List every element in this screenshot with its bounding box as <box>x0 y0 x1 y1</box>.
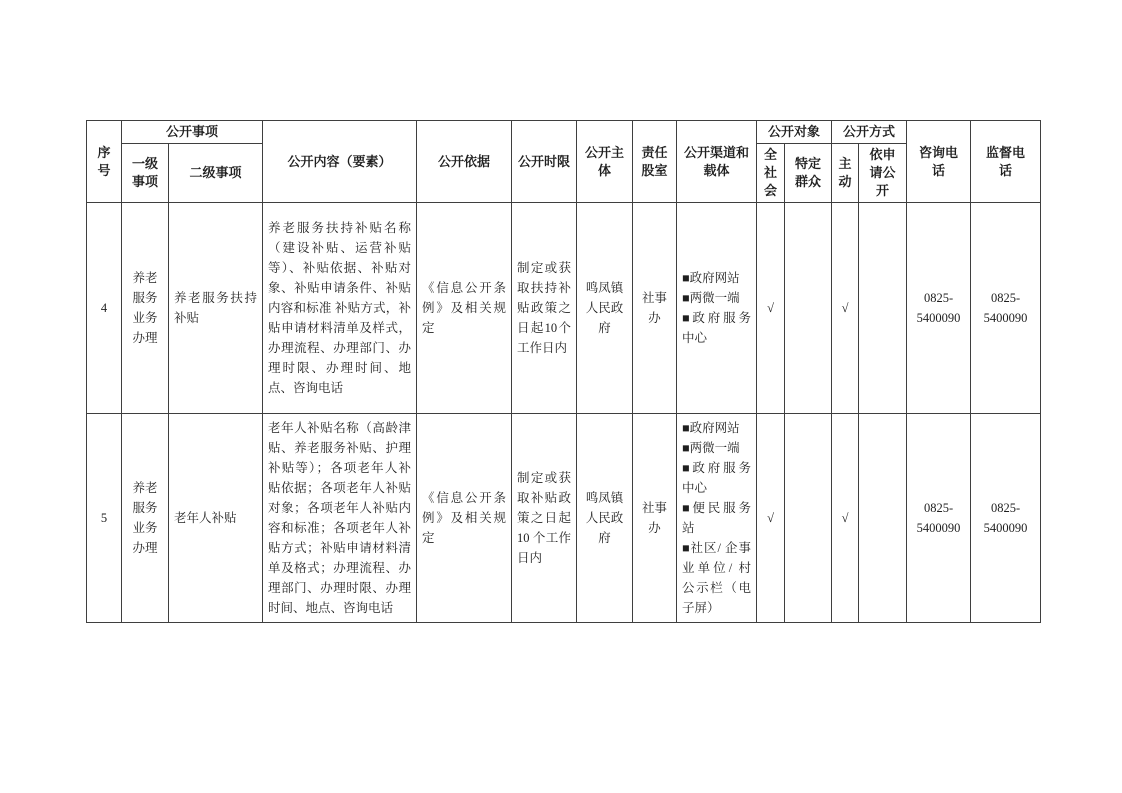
cell-seq: 4 <box>87 203 122 414</box>
cell-proactive-check: √ <box>832 203 859 414</box>
header-consult-phone: 咨询电话 <box>907 121 971 203</box>
cell-disclosure-subject: 鸣凤镇人民政府 <box>577 203 633 414</box>
header-subject: 公开主体 <box>577 121 633 203</box>
cell-disclosure-content: 养老服务扶持补贴名称（建设补贴、运营补贴等）、补贴依据、补贴对象、补贴申请条件、… <box>263 203 417 414</box>
table-row-item-4: 4 养老服务业务办理 养老服务扶持补贴 养老服务扶持补贴名称（建设补贴、运营补贴… <box>87 203 1041 414</box>
cell-level2-item: 老年人补贴 <box>169 414 263 623</box>
cell-time-limit: 制定或获取扶持补贴政策之日起10个工作日内 <box>512 203 577 414</box>
cell-time-limit: 制定或获取补贴政策之日起10 个工作日内 <box>512 414 577 623</box>
cell-channels: ■政府网站 ■两微一端 ■政府服务中心 ■便民服务站 ■社区/ 企事业单位/ 村… <box>677 414 757 623</box>
cell-consult-phone: 0825-5400090 <box>907 203 971 414</box>
header-channels: 公开渠道和载体 <box>677 121 757 203</box>
header-specific-group: 特定群众 <box>785 144 832 203</box>
cell-disclosure-basis: 《信息公开条例》及相关规定 <box>417 414 512 623</box>
cell-disclosure-subject: 鸣凤镇人民政府 <box>577 414 633 623</box>
header-seq: 序号 <box>87 121 122 203</box>
cell-responsible-office: 社事办 <box>633 414 677 623</box>
document-page: 序号 公开事项 公开内容（要素） 公开依据 公开时限 公开主体 责任股室 公开渠… <box>0 0 1122 793</box>
header-level2-item: 二级事项 <box>169 144 263 203</box>
header-supervise-phone: 监督电话 <box>971 121 1041 203</box>
header-responsible-office: 责任股室 <box>633 121 677 203</box>
header-basis: 公开依据 <box>417 121 512 203</box>
cell-all-society-check: √ <box>757 203 785 414</box>
cell-supervise-phone: 0825-5400090 <box>971 414 1041 623</box>
cell-level1-item: 养老服务业务办理 <box>122 203 169 414</box>
cell-specific-group-check <box>785 414 832 623</box>
cell-seq: 5 <box>87 414 122 623</box>
cell-channels: ■政府网站 ■两微一端 ■政府服务中心 <box>677 203 757 414</box>
cell-proactive-check: √ <box>832 414 859 623</box>
header-time-limit: 公开时限 <box>512 121 577 203</box>
table-row-item-5: 5 养老服务业务办理 老年人补贴 老年人补贴名称（高龄津贴、养老服务补贴、护理补… <box>87 414 1041 623</box>
cell-responsible-office: 社事办 <box>633 203 677 414</box>
cell-disclosure-content: 老年人补贴名称（高龄津贴、养老服务补贴、护理补贴等）；各项老年人补贴依据；各项老… <box>263 414 417 623</box>
header-all-society: 全社会 <box>757 144 785 203</box>
cell-on-request-check <box>859 203 907 414</box>
cell-level1-item: 养老服务业务办理 <box>122 414 169 623</box>
cell-on-request-check <box>859 414 907 623</box>
header-proactive: 主动 <box>832 144 859 203</box>
cell-disclosure-basis: 《信息公开条例》及相关规定 <box>417 203 512 414</box>
header-content: 公开内容（要素） <box>263 121 417 203</box>
cell-level2-item: 养老服务扶持补贴 <box>169 203 263 414</box>
header-row-1: 序号 公开事项 公开内容（要素） 公开依据 公开时限 公开主体 责任股室 公开渠… <box>87 121 1041 144</box>
cell-all-society-check: √ <box>757 414 785 623</box>
header-target-group: 公开对象 <box>757 121 832 144</box>
disclosure-table: 序号 公开事项 公开内容（要素） 公开依据 公开时限 公开主体 责任股室 公开渠… <box>86 120 1041 623</box>
cell-specific-group-check <box>785 203 832 414</box>
header-method-group: 公开方式 <box>832 121 907 144</box>
header-on-request: 依申请公开 <box>859 144 907 203</box>
header-disclosure-items-group: 公开事项 <box>122 121 263 144</box>
cell-supervise-phone: 0825-5400090 <box>971 203 1041 414</box>
cell-consult-phone: 0825-5400090 <box>907 414 971 623</box>
header-level1-item: 一级事项 <box>122 144 169 203</box>
